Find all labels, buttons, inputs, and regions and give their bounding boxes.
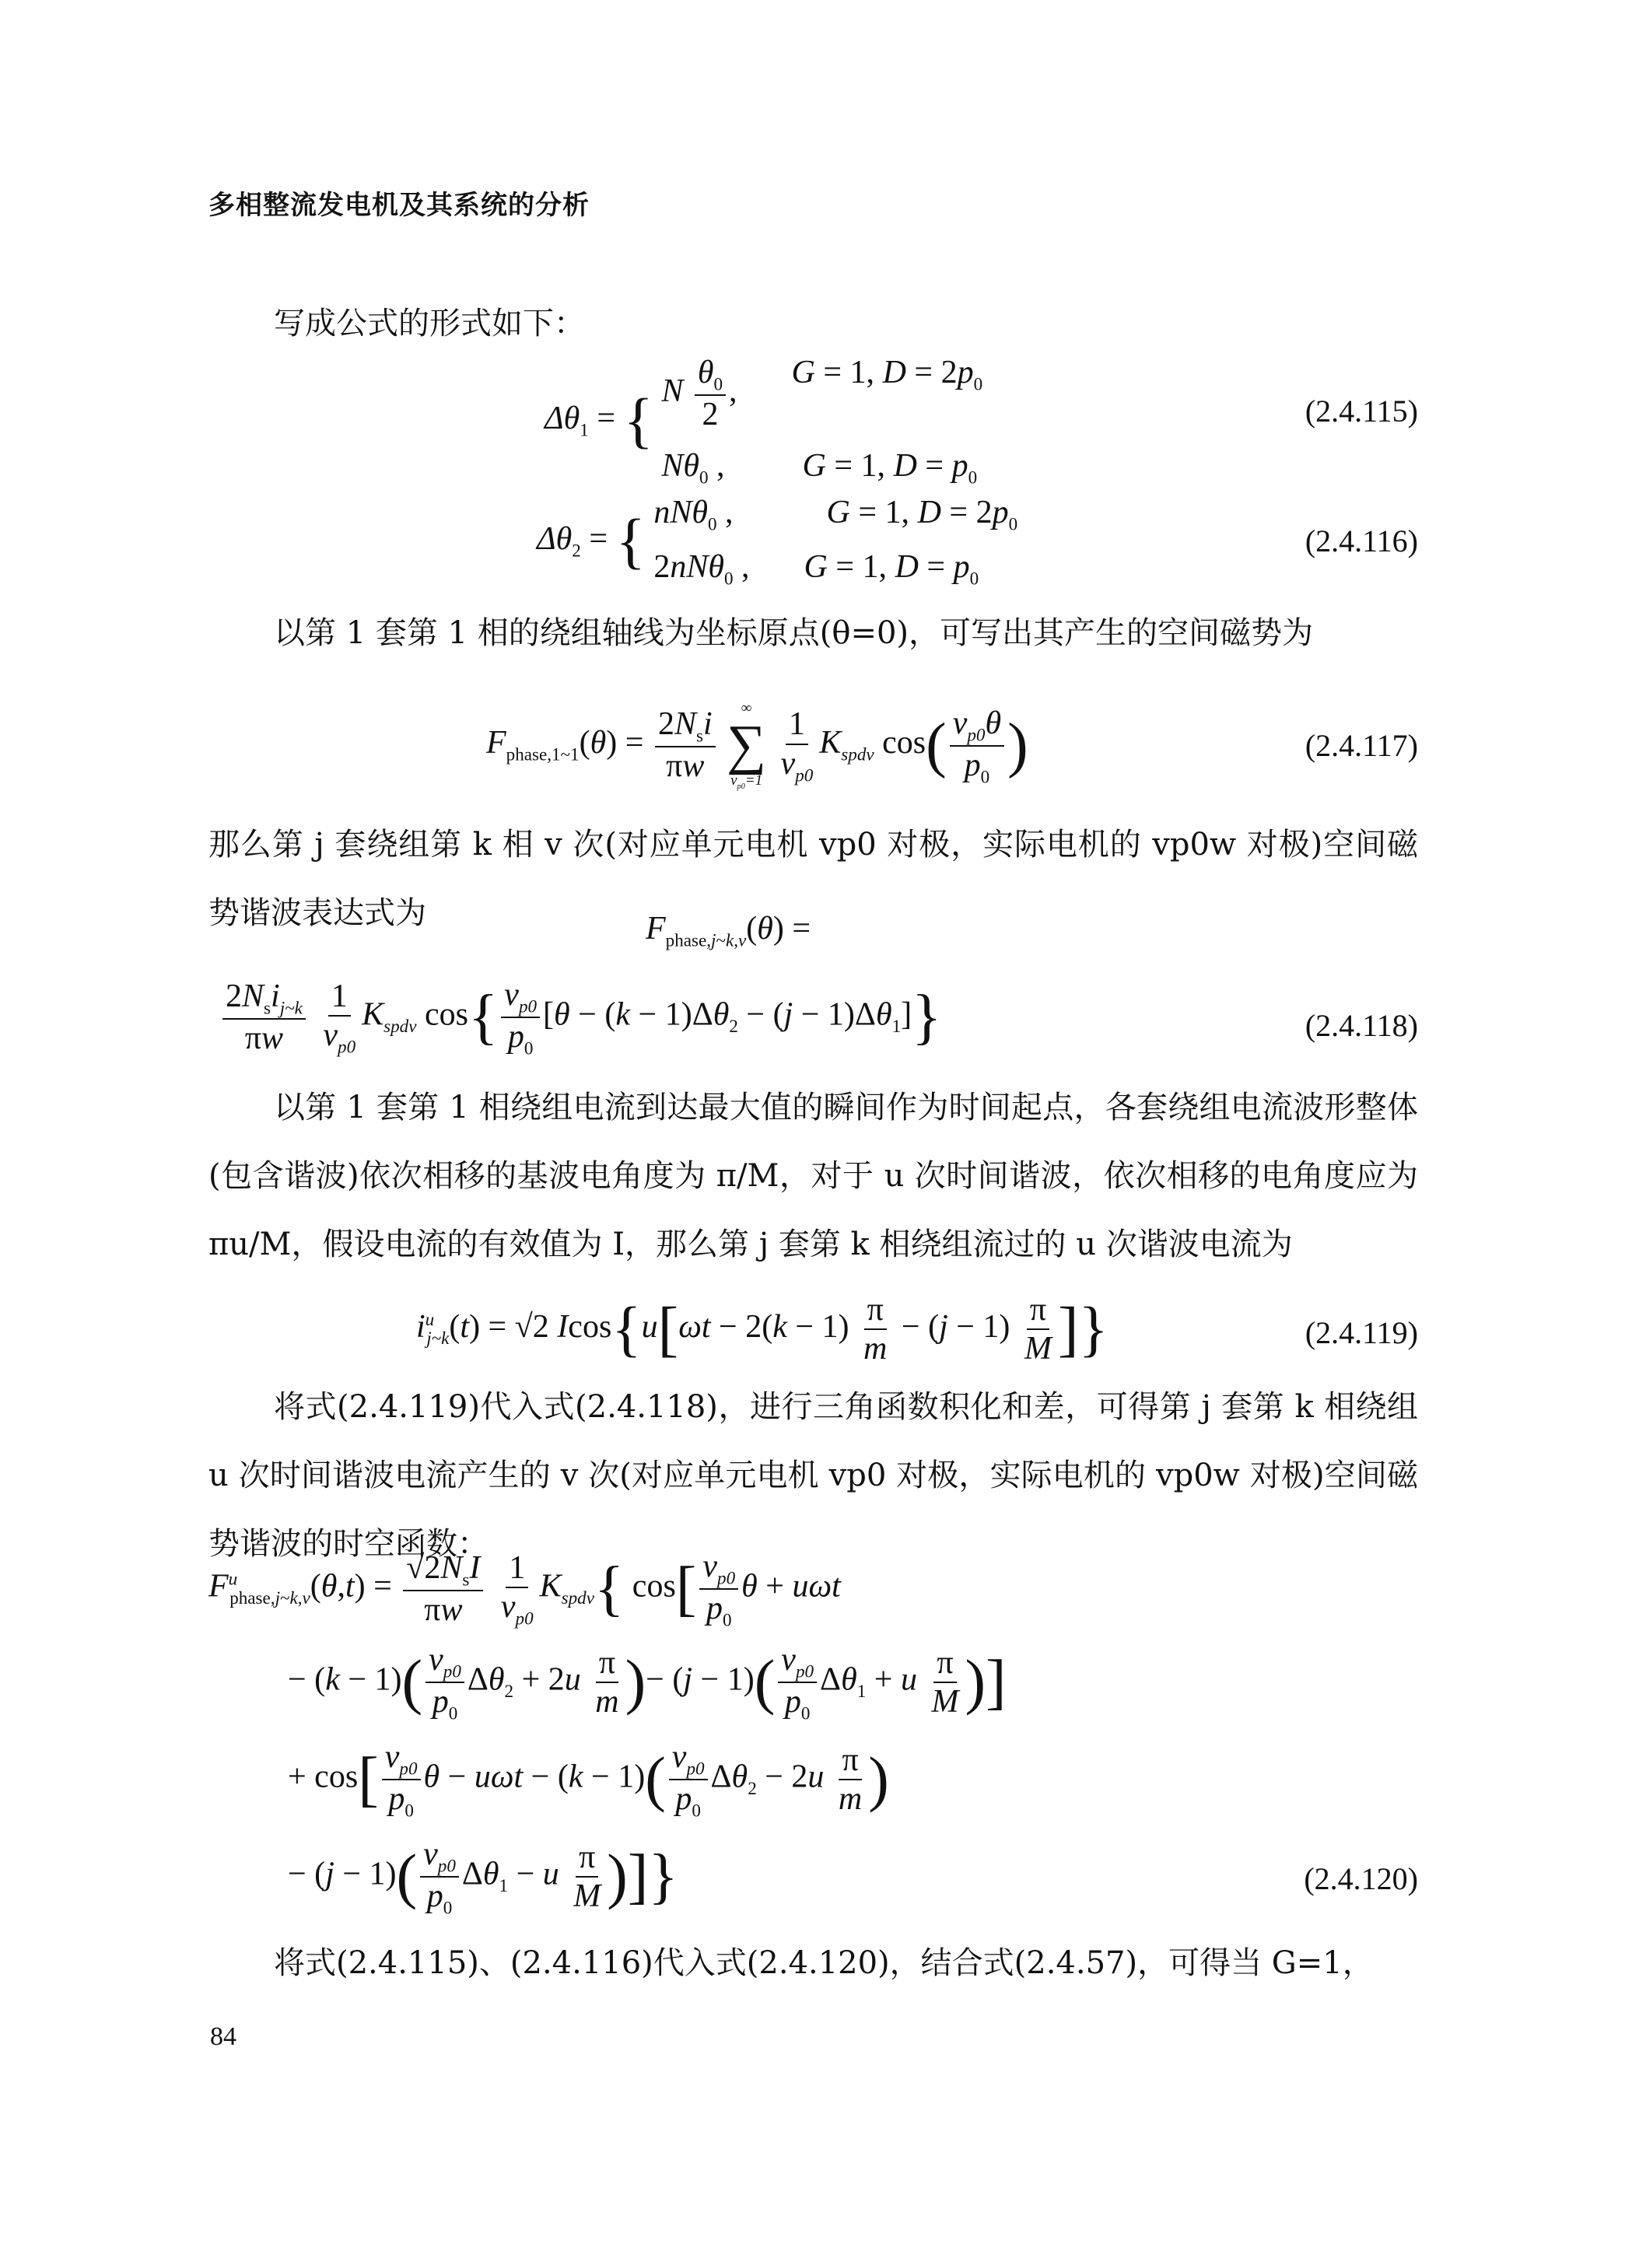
equation-2-4-117: Fphase,1~1(θ) = 2Nsiπw ∞∑vp0=1 1vp0Kspdv… (486, 700, 1028, 791)
equation-2-4-120-line4: − (j − 1)(vp0p0Δθ1 − u πM)]} (288, 1836, 678, 1918)
equation-number: (2.4.116) (1305, 523, 1418, 559)
equation-number: (2.4.120) (1304, 1860, 1418, 1897)
equation-2-4-120-line2: − (k − 1)(vp0p0Δθ2 + 2u πm)− (j − 1)(vp0… (288, 1641, 1007, 1724)
equation-2-4-116: Δθ2 = { nNθ0 ,G = 1, D = 2p0 2nNθ0 ,G = … (537, 494, 1017, 590)
equation-number: (2.4.118) (1305, 1007, 1418, 1044)
paragraph-coordinate-origin: 以第 1 套第 1 相的绕组轴线为坐标原点(θ=0)，可写出其产生的空间磁势为 (208, 599, 1418, 667)
equation-number: (2.4.115) (1305, 393, 1418, 429)
equation-2-4-120-line1: Fuphase,j~k,v(θ,t) = √2NsIπw 1vp0Kspdv{ … (208, 1548, 841, 1630)
page-number: 84 (210, 2022, 236, 2052)
equation-2-4-119: iuj~k(t) = √2 Icos{u[ωt − 2(k − 1) πm − … (416, 1291, 1108, 1368)
equation-2-4-115: Δθ1 = { N θ02,G = 1, D = 2p0 Nθ0 ,G = 1,… (545, 354, 982, 488)
equation-2-4-120-line3: + cos[vp0p0θ − uωt − (k − 1)(vp0p0Δθ2 − … (288, 1738, 889, 1821)
equation-2-4-118-lhs: Fphase,j~k,v(θ) = (646, 910, 811, 950)
paragraph-intro: 写成公式的形式如下： (208, 289, 1418, 358)
equation-number: (2.4.117) (1305, 727, 1418, 764)
paragraph-harmonic-expression: 那么第 j 套绕组第 k 相 v 次(对应单元电机 vp0 对极，实际电机的 v… (208, 810, 1418, 947)
equation-number: (2.4.119) (1305, 1314, 1418, 1351)
book-page: 多相整流发电机及其系统的分析 写成公式的形式如下： Δθ1 = { N θ02,… (0, 0, 1625, 2268)
running-head: 多相整流发电机及其系统的分析 (208, 184, 590, 222)
equation-2-4-118-rhs: 2Nsij~kπw 1vp0Kspdv cos{vp0p0[θ − (k − 1… (219, 976, 941, 1059)
paragraph-conclusion: 将式(2.4.115)、(2.4.116)代入式(2.4.120)，结合式(2.… (208, 1929, 1418, 1997)
paragraph-time-origin: 以第 1 套第 1 相绕组电流到达最大值的瞬间作为时间起点，各套绕组电流波形整体… (208, 1073, 1418, 1279)
